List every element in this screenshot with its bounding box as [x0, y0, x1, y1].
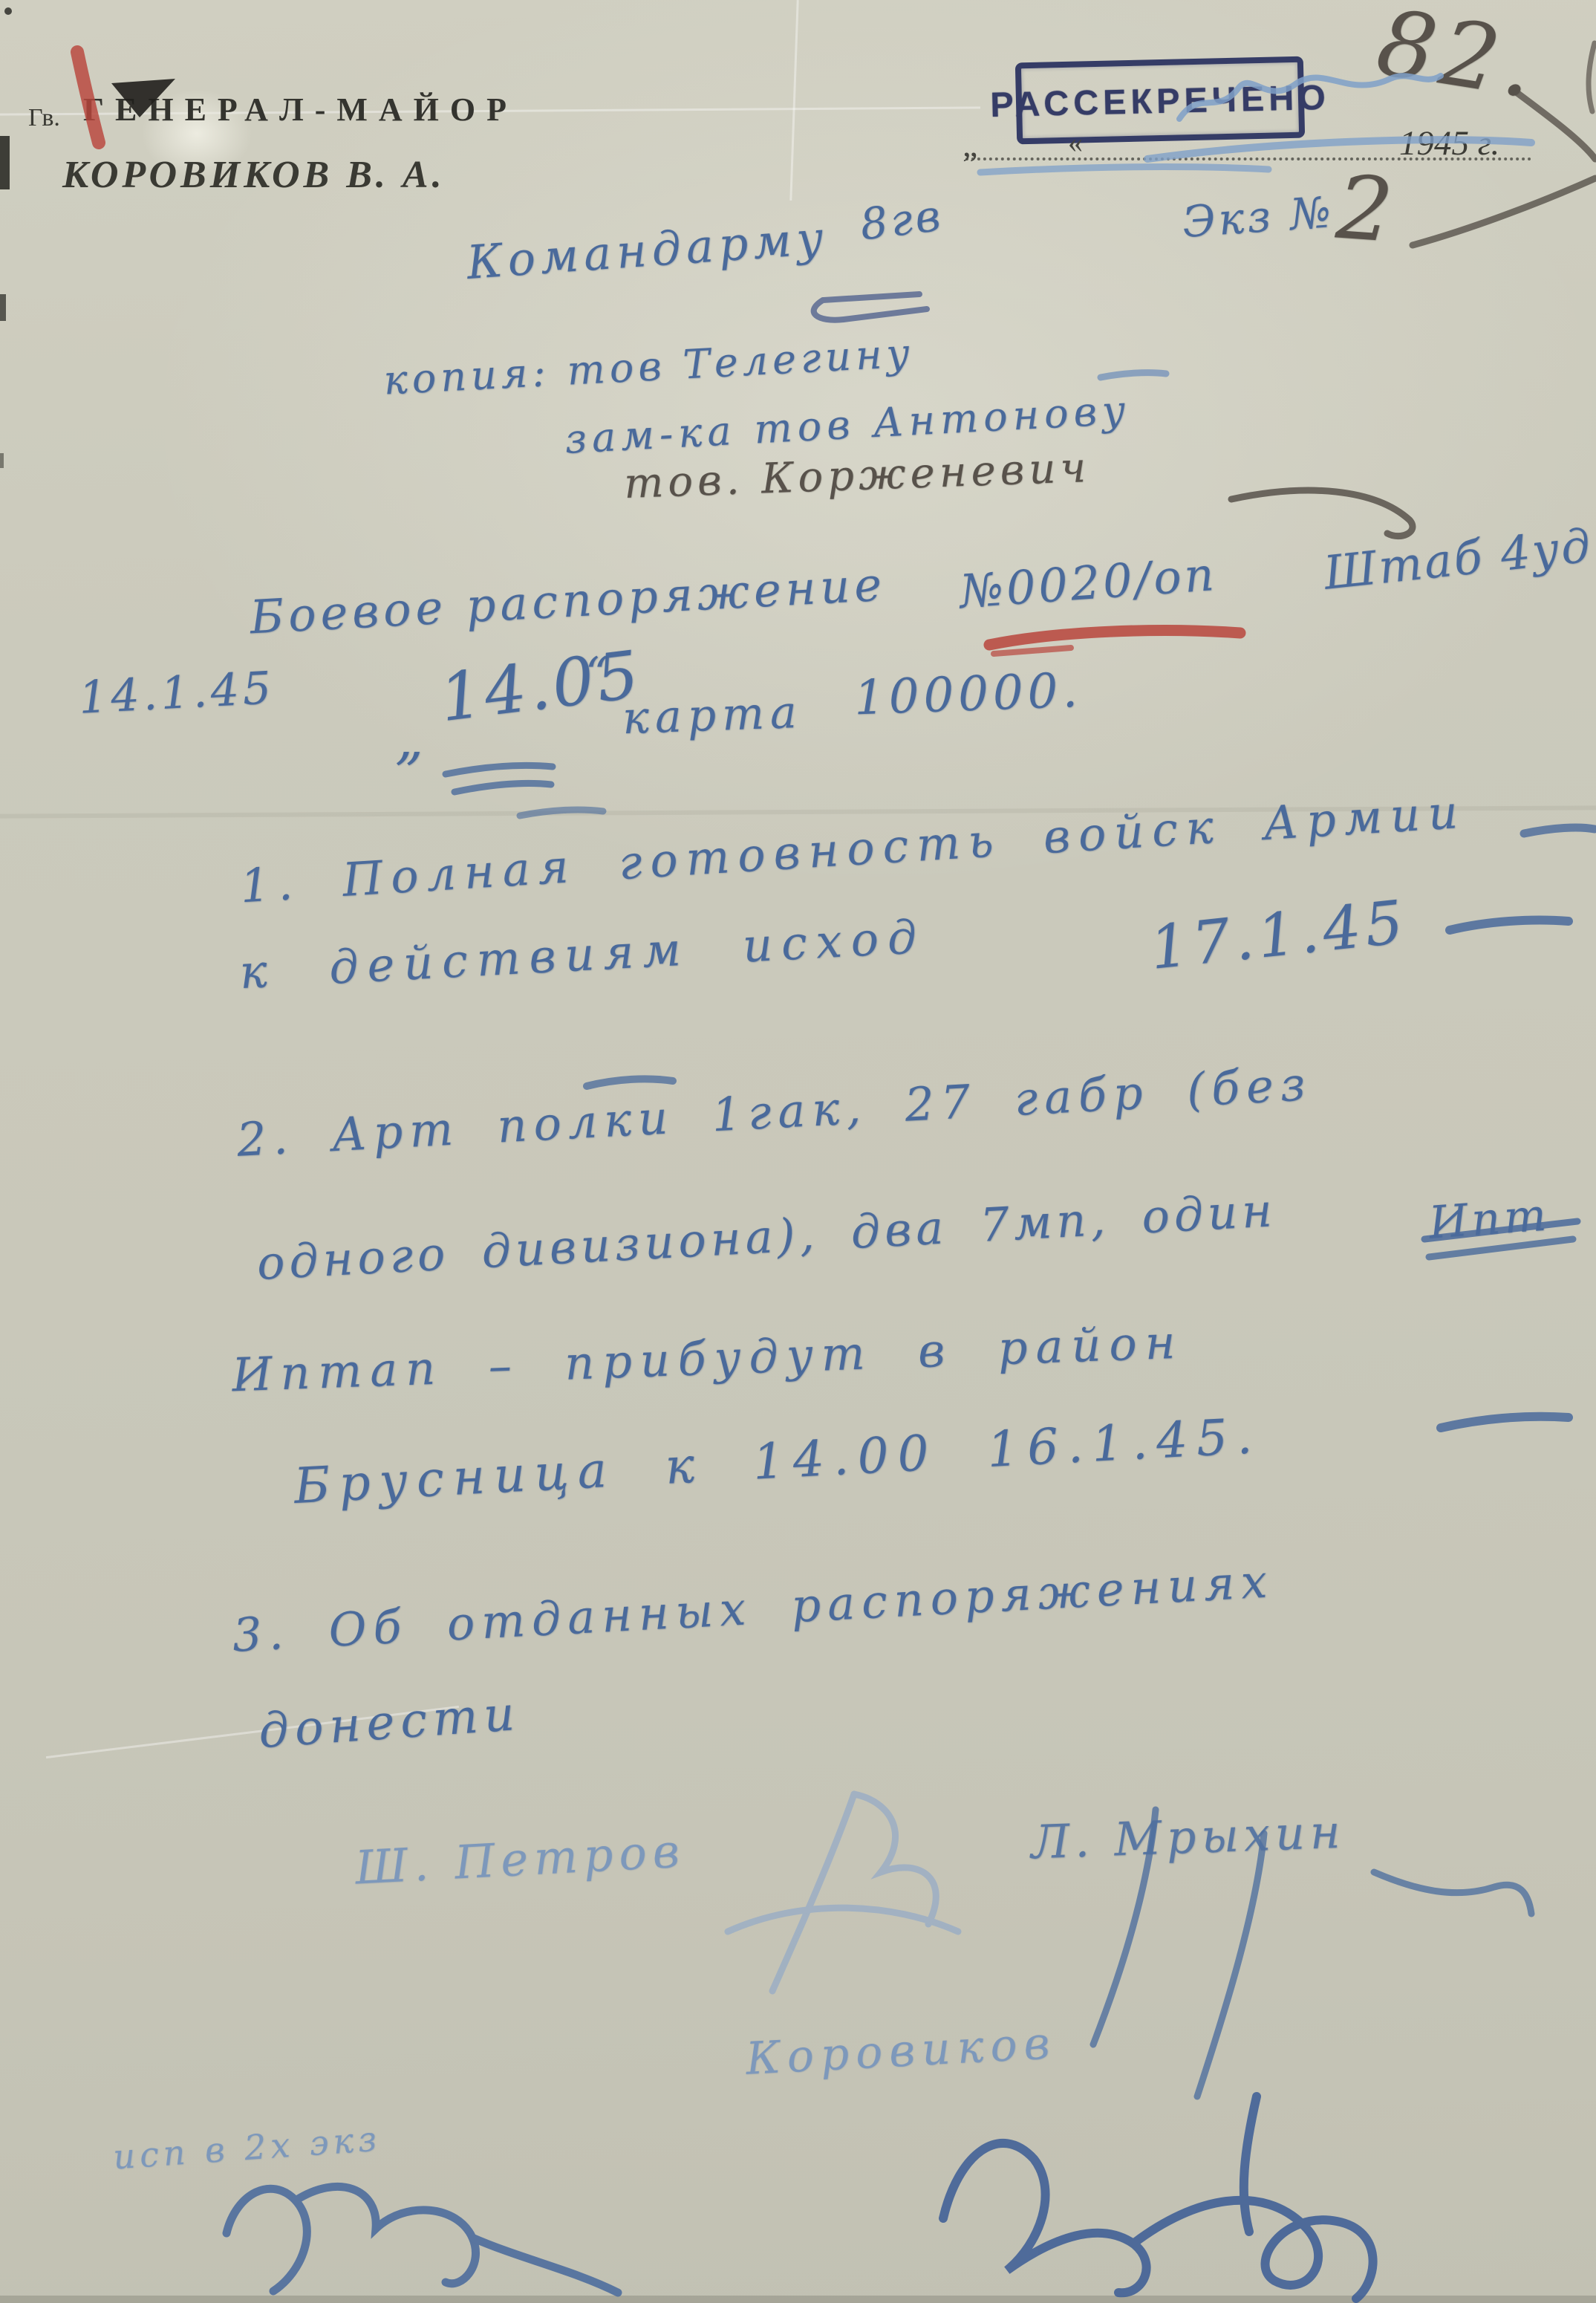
item1-line2: к действиям исход [238, 909, 927, 999]
item2-line1: 2. Арт полки 1гак, 27 габр (без [235, 1056, 1313, 1167]
ink-overbar [520, 810, 603, 816]
address-to-unit: 8гв [857, 189, 945, 250]
address-copy-line-1: копия: тов Телегину [382, 329, 915, 403]
declassified-stamp: РАССЕКРЕЧЕНО [1015, 56, 1305, 145]
scan-edge-mark [4, 7, 12, 15]
paper-crease [789, 0, 798, 201]
item3-line2: донести [257, 1686, 522, 1759]
ink-overbar [587, 1079, 673, 1086]
order-map-scale: 100000. [853, 663, 1083, 727]
order-title-part1: Боевое распоряжение [249, 557, 887, 645]
item1-line1: 1. Полная готовность войск Армии [238, 785, 1467, 914]
item2-struck-word: Ипт [1427, 1189, 1551, 1249]
item3-line1: 3. Об отданных распоряжениях [231, 1553, 1275, 1662]
signature-left: Ш. Петров [354, 1823, 686, 1894]
signature-right: Л. Мрыхин [1030, 1805, 1346, 1870]
signature-name: Коровиков [744, 2017, 1058, 2085]
red-underline-stub [994, 648, 1071, 654]
ink-dash [1524, 828, 1595, 834]
blue-annotation-underline-2 [980, 167, 1268, 172]
pencil-correction-mark [814, 294, 927, 320]
letterhead-name: КОРОВИКОВ В. А. [62, 153, 446, 197]
ink-dash [1441, 1417, 1569, 1428]
letterhead-rank: ГЕНЕРАЛ-МАЙОР [83, 91, 518, 129]
order-map-word: карта [622, 686, 804, 744]
ink-dash [1101, 373, 1166, 377]
order-time: 14.05 [436, 636, 645, 736]
scan-edge-mark [0, 294, 6, 321]
item2-line3: Иптап – прибудут в район [231, 1315, 1185, 1403]
letterhead-rank-prefix: Гв. [28, 104, 60, 132]
copy-number-label: Экз № [1181, 186, 1335, 247]
red-underline [989, 631, 1240, 645]
address-to: Командарму [465, 210, 830, 290]
item2-line4: Брусница к 14.00 16.1.45. [293, 1407, 1263, 1515]
order-title-part2: Штаб 4уд [1321, 518, 1595, 600]
executor-note: исп в 2х экз [112, 2118, 382, 2177]
item1-date: 17.1.45 [1147, 887, 1410, 983]
order-time-close-quote: “ [585, 648, 608, 700]
paper-crease [0, 2296, 1596, 2303]
scan-edge-mark [0, 453, 4, 468]
blue-underline-1 [446, 765, 553, 774]
date-line-guillemet: « [1068, 125, 1083, 160]
faint-signature-flourish [728, 1794, 958, 1991]
blue-underline-2 [455, 783, 551, 792]
declassified-stamp-label: РАССЕКРЕЧЕНО [990, 76, 1331, 124]
main-signature-flourish [943, 2096, 1373, 2299]
pencil-signature-tail [1231, 490, 1413, 536]
page-number-pencil: 82. [1370, 0, 1547, 119]
date-line-year: 1945 г. [1399, 123, 1499, 163]
copy-number-value: 2 [1333, 156, 1396, 262]
ink-dash [1450, 920, 1569, 931]
scan-edge-mark [0, 136, 10, 189]
pencil-edge-stroke [1589, 43, 1595, 111]
order-title-number: №0020/оп [958, 547, 1219, 619]
executor-signature-flourish [227, 2186, 618, 2293]
item2-line2: одного дивизиона), два 7мп, один [255, 1183, 1277, 1290]
order-time-open-quote: „ [395, 707, 423, 771]
document-page: Гв. ГЕНЕРАЛ-МАЙОР КОРОВИКОВ В. А. РАССЕК… [0, 0, 1596, 2303]
order-date: 14.1.45 [77, 662, 276, 724]
